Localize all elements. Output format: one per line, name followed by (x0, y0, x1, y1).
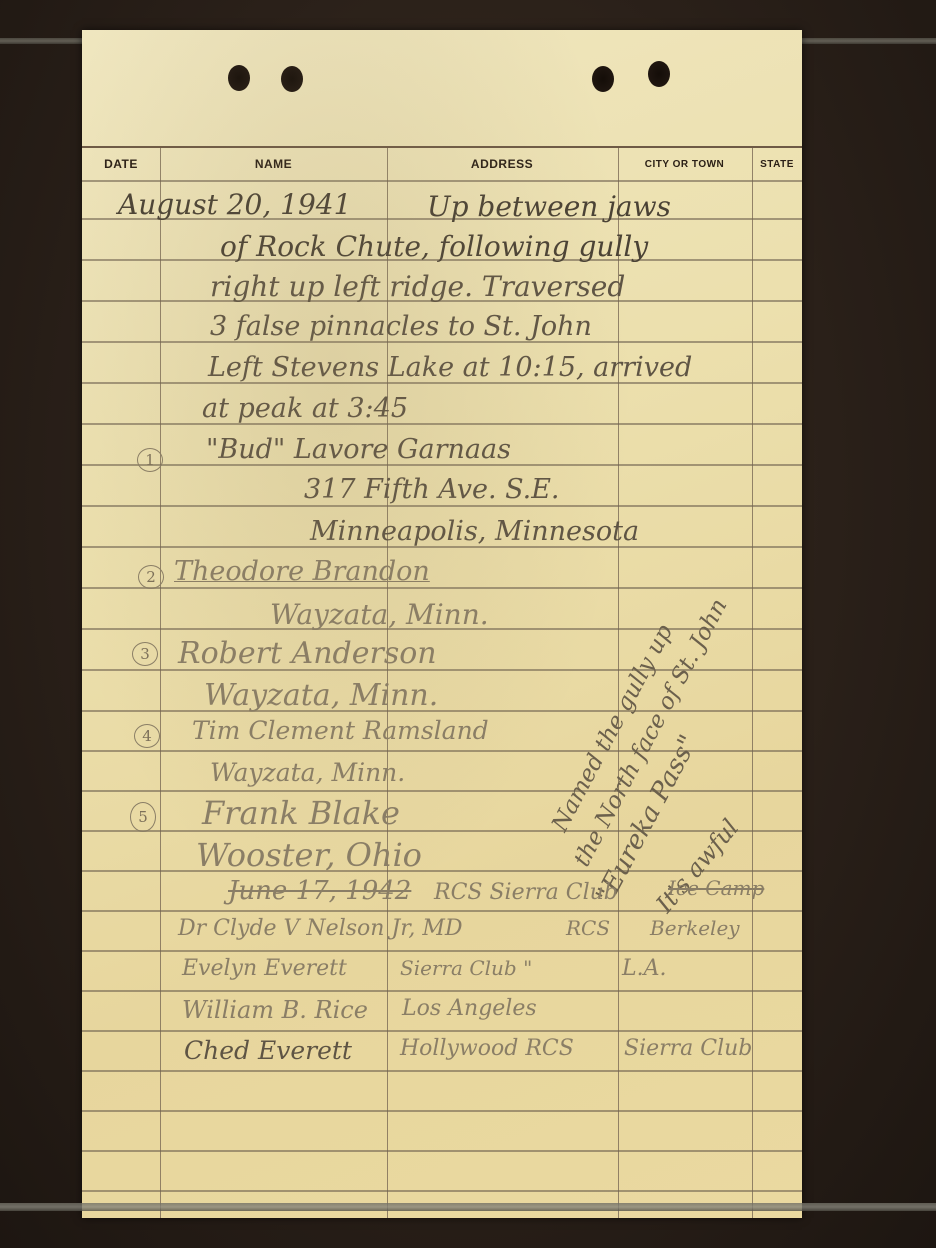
second-entry-extra: Ice Camp (668, 876, 764, 900)
second-group-name-1: Dr Clyde V Nelson Jr, MD (178, 916, 463, 941)
climber-address-5: Wooster, Ohio (196, 836, 422, 874)
climber-name-1: "Bud" Lavore Garnaas (206, 434, 511, 465)
ruled-line (82, 990, 802, 992)
second-group-city-2: L.A. (622, 956, 666, 981)
second-group-city-1: Berkeley (650, 916, 740, 940)
climber-address-2: Wayzata, Minn. (270, 598, 489, 631)
second-group-city-4: Sierra Club (624, 1036, 752, 1061)
ruled-line (82, 910, 802, 912)
column-divider (160, 148, 161, 1218)
ruled-line (82, 710, 802, 712)
narrative-line-2: of Rock Chute, following gully (220, 230, 648, 263)
second-entry-date: June 17, 1942 (228, 876, 411, 906)
column-divider (618, 148, 619, 1218)
ruled-line (82, 587, 802, 589)
ruled-line (82, 1150, 802, 1152)
ruled-line (82, 1190, 802, 1192)
ruled-line (82, 1110, 802, 1112)
narrative-line-1: Up between jaws (427, 190, 671, 223)
climber-name-5: Frank Blake (202, 794, 400, 832)
narrative-line-5: Left Stevens Lake at 10:15, arrived (208, 352, 692, 383)
climber-name-4: Tim Clement Ramsland (192, 716, 489, 745)
column-header-date: DATE (82, 148, 160, 180)
narrative-line-4: 3 false pinnacles to St. John (210, 311, 592, 342)
ruled-line (82, 180, 802, 182)
column-header-city: CITY OR TOWN (617, 148, 752, 180)
second-entry-note: RCS Sierra Club (434, 880, 618, 905)
punch-hole-2 (281, 66, 303, 92)
punch-hole-4 (648, 61, 670, 87)
register-page: DATE NAME ADDRESS CITY OR TOWN STATE Aug… (82, 30, 802, 1218)
ruled-line (82, 423, 802, 425)
climber-number-4: 4 (134, 724, 160, 748)
background-ledge-bottom (0, 1203, 936, 1211)
second-group-address-3: Los Angeles (402, 996, 537, 1021)
climber-number-3: 3 (132, 642, 158, 666)
climber-number-1: 1 (137, 448, 163, 472)
punch-hole-1 (228, 65, 250, 91)
narrative-line-6: at peak at 3:45 (202, 393, 408, 424)
column-header-row: DATE NAME ADDRESS CITY OR TOWN STATE (82, 148, 802, 180)
second-group-address-1: RCS (566, 916, 610, 940)
ruled-line (82, 1030, 802, 1032)
entry-date: August 20, 1941 (118, 188, 351, 221)
punch-hole-3 (592, 66, 614, 92)
climber-address-1a: 317 Fifth Ave. S.E. (304, 474, 560, 505)
climber-name-3: Robert Anderson (178, 636, 437, 671)
climber-address-4: Wayzata, Minn. (210, 758, 405, 787)
climber-name-2: Theodore Brandon (174, 556, 430, 587)
ruled-line (82, 790, 802, 792)
climber-address-1b: Minneapolis, Minnesota (310, 516, 639, 547)
climber-number-2: 2 (138, 565, 164, 589)
ruled-line (82, 950, 802, 952)
climber-address-3: Wayzata, Minn. (204, 678, 438, 713)
column-header-state: STATE (752, 148, 802, 180)
narrative-line-3: right up left ridge. Traversed (210, 270, 625, 303)
second-group-address-4: Hollywood RCS (400, 1036, 574, 1061)
ruled-line (82, 505, 802, 507)
second-group-address-2: Sierra Club " (400, 956, 532, 980)
second-group-name-2: Evelyn Everett (182, 956, 347, 981)
second-group-name-3: William B. Rice (182, 996, 368, 1024)
ruled-line (82, 830, 802, 832)
column-header-address: ADDRESS (387, 148, 617, 180)
column-header-name: NAME (160, 148, 387, 180)
second-group-name-4: Ched Everett (184, 1036, 352, 1065)
climber-number-5: 5 (130, 802, 156, 832)
ruled-line (82, 1070, 802, 1072)
